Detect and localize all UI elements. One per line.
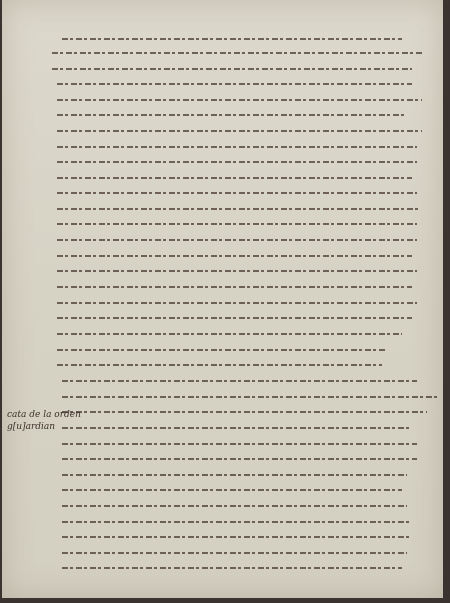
handwritten-line — [57, 343, 387, 355]
handwritten-line — [62, 499, 407, 511]
ink-stroke — [57, 223, 417, 225]
handwritten-line — [57, 233, 417, 245]
ink-stroke — [62, 443, 417, 445]
handwritten-line — [62, 390, 437, 402]
handwritten-line — [57, 171, 412, 183]
ink-stroke — [57, 146, 417, 148]
handwritten-line — [52, 46, 422, 58]
handwritten-line — [57, 77, 412, 89]
ink-stroke — [62, 458, 417, 460]
ink-stroke — [57, 317, 412, 319]
handwritten-line — [62, 452, 417, 464]
handwritten-line — [62, 421, 412, 433]
ink-stroke — [57, 302, 417, 304]
handwritten-line — [62, 437, 417, 449]
handwritten-line — [57, 124, 422, 136]
ink-stroke — [62, 380, 417, 382]
ink-stroke — [57, 349, 387, 351]
ink-stroke — [62, 505, 407, 507]
handwritten-line — [52, 62, 412, 74]
ink-stroke — [52, 68, 412, 70]
ink-stroke — [57, 99, 422, 101]
ink-stroke — [57, 333, 402, 335]
ink-stroke — [62, 567, 402, 569]
ink-stroke — [57, 130, 422, 132]
ink-stroke — [57, 114, 407, 116]
handwritten-line — [62, 32, 402, 44]
manuscript-page: cata de la ordeng[u]ardian — [2, 0, 443, 598]
ink-stroke — [62, 427, 412, 429]
handwritten-line — [57, 296, 417, 308]
ink-stroke — [57, 192, 417, 194]
handwritten-line — [62, 546, 407, 558]
handwritten-line — [57, 264, 417, 276]
ink-stroke — [57, 208, 419, 210]
handwritten-line — [62, 530, 412, 542]
ink-stroke — [62, 474, 407, 476]
handwritten-line — [62, 483, 402, 495]
ink-stroke — [62, 411, 427, 413]
handwritten-line — [57, 108, 407, 120]
margin-note: g[u]ardian — [7, 422, 55, 432]
margin-note: cata de la orden — [7, 410, 81, 420]
handwritten-line — [57, 93, 422, 105]
ink-stroke — [57, 83, 412, 85]
handwritten-line — [57, 217, 417, 229]
ink-stroke — [57, 161, 417, 163]
ink-stroke — [62, 521, 412, 523]
ink-stroke — [62, 552, 407, 554]
handwritten-line — [57, 202, 419, 214]
handwritten-line — [62, 515, 412, 527]
ink-stroke — [62, 38, 402, 40]
handwritten-line — [62, 561, 402, 573]
ink-stroke — [62, 536, 412, 538]
ink-stroke — [52, 52, 422, 54]
handwritten-line — [57, 249, 412, 261]
ink-stroke — [57, 286, 412, 288]
handwritten-line — [57, 327, 402, 339]
ink-stroke — [57, 255, 412, 257]
ink-stroke — [62, 396, 437, 398]
handwritten-line — [57, 280, 412, 292]
handwritten-line — [57, 186, 417, 198]
handwritten-line — [57, 311, 412, 323]
ink-stroke — [57, 270, 417, 272]
handwritten-line — [62, 468, 407, 480]
handwritten-line — [57, 358, 382, 370]
handwritten-line — [62, 374, 417, 386]
ink-stroke — [57, 239, 417, 241]
ink-stroke — [57, 177, 412, 179]
handwritten-line — [62, 405, 427, 417]
ink-stroke — [62, 489, 402, 491]
handwritten-line — [57, 155, 417, 167]
handwritten-line — [57, 140, 417, 152]
ink-stroke — [57, 364, 382, 366]
